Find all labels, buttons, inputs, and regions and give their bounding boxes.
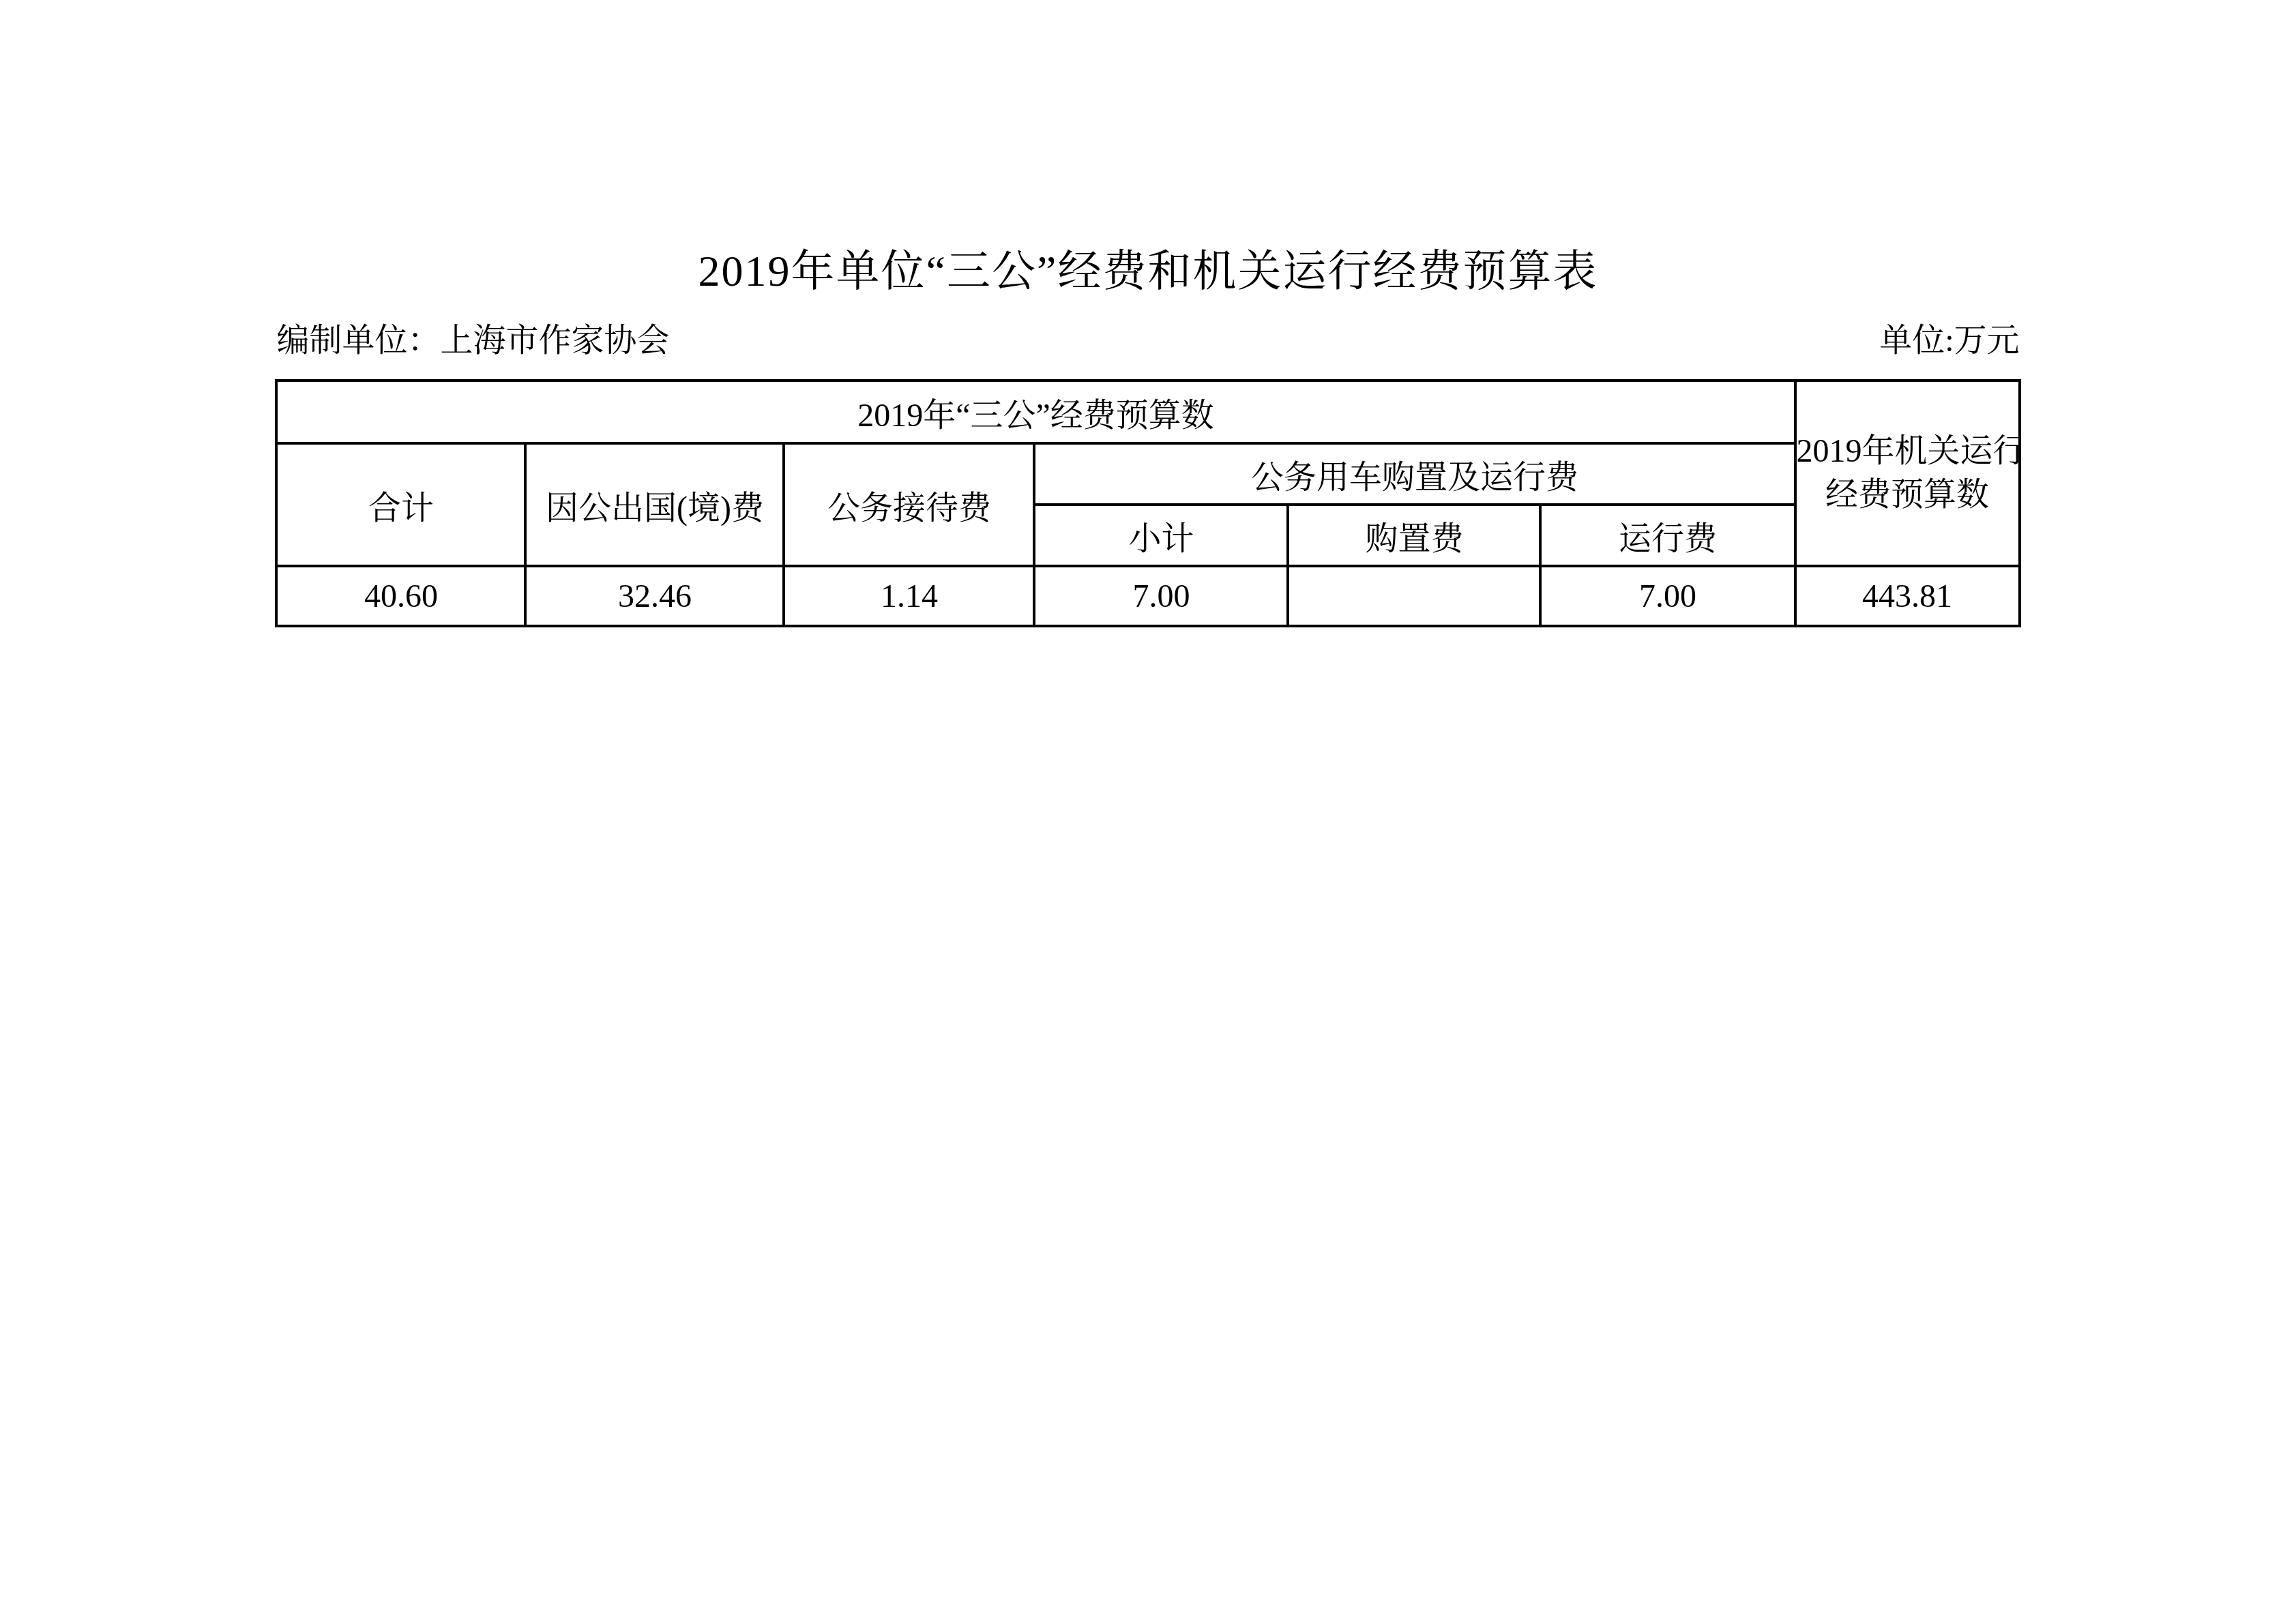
- header-vehicle-group: 公务用车购置及运行费: [1034, 443, 1795, 505]
- prepared-by-label: 编制单位：上海市作家协会: [277, 321, 670, 361]
- header-agency-operation-line1: 2019年机关运行: [1797, 430, 2018, 473]
- header-vehicle-subtotal: 小计: [1034, 505, 1288, 566]
- header-row-columns: 合计 因公出国(境)费 公务接待费 公务用车购置及运行费: [276, 443, 2019, 505]
- data-row: 40.60 32.46 1.14 7.00 7.00 443.81: [276, 566, 2019, 626]
- header-vehicle-operation: 运行费: [1540, 505, 1795, 566]
- value-total: 40.60: [276, 566, 525, 626]
- header-vehicle-purchase: 购置费: [1288, 505, 1540, 566]
- value-vehicle-subtotal: 7.00: [1034, 566, 1288, 626]
- page-title: 2019年单位“三公”经费和机关运行经费预算表: [0, 243, 2296, 300]
- value-vehicle-purchase: [1288, 566, 1540, 626]
- header-three-public-group: 2019年“三公”经费预算数: [276, 381, 1795, 443]
- meta-row: 编制单位：上海市作家协会 单位:万元: [277, 321, 2020, 361]
- header-agency-operation-line2: 经费预算数: [1797, 473, 2018, 517]
- unit-note-label: 单位:万元: [1879, 321, 2019, 361]
- value-reception: 1.14: [784, 566, 1034, 626]
- header-abroad: 因公出国(境)费: [525, 443, 784, 566]
- budget-table: 2019年“三公”经费预算数 2019年机关运行 经费预算数 合计 因公出国(境…: [275, 379, 2020, 627]
- header-agency-operation: 2019年机关运行 经费预算数: [1795, 381, 2020, 566]
- value-abroad: 32.46: [525, 566, 784, 626]
- value-vehicle-operation: 7.00: [1540, 566, 1795, 626]
- header-row-group: 2019年“三公”经费预算数 2019年机关运行 经费预算数: [276, 381, 2019, 443]
- header-reception: 公务接待费: [784, 443, 1034, 566]
- header-total: 合计: [276, 443, 525, 566]
- value-agency-operation: 443.81: [1795, 566, 2020, 626]
- document-page: 2019年单位“三公”经费和机关运行经费预算表 编制单位：上海市作家协会 单位:…: [0, 0, 2296, 1623]
